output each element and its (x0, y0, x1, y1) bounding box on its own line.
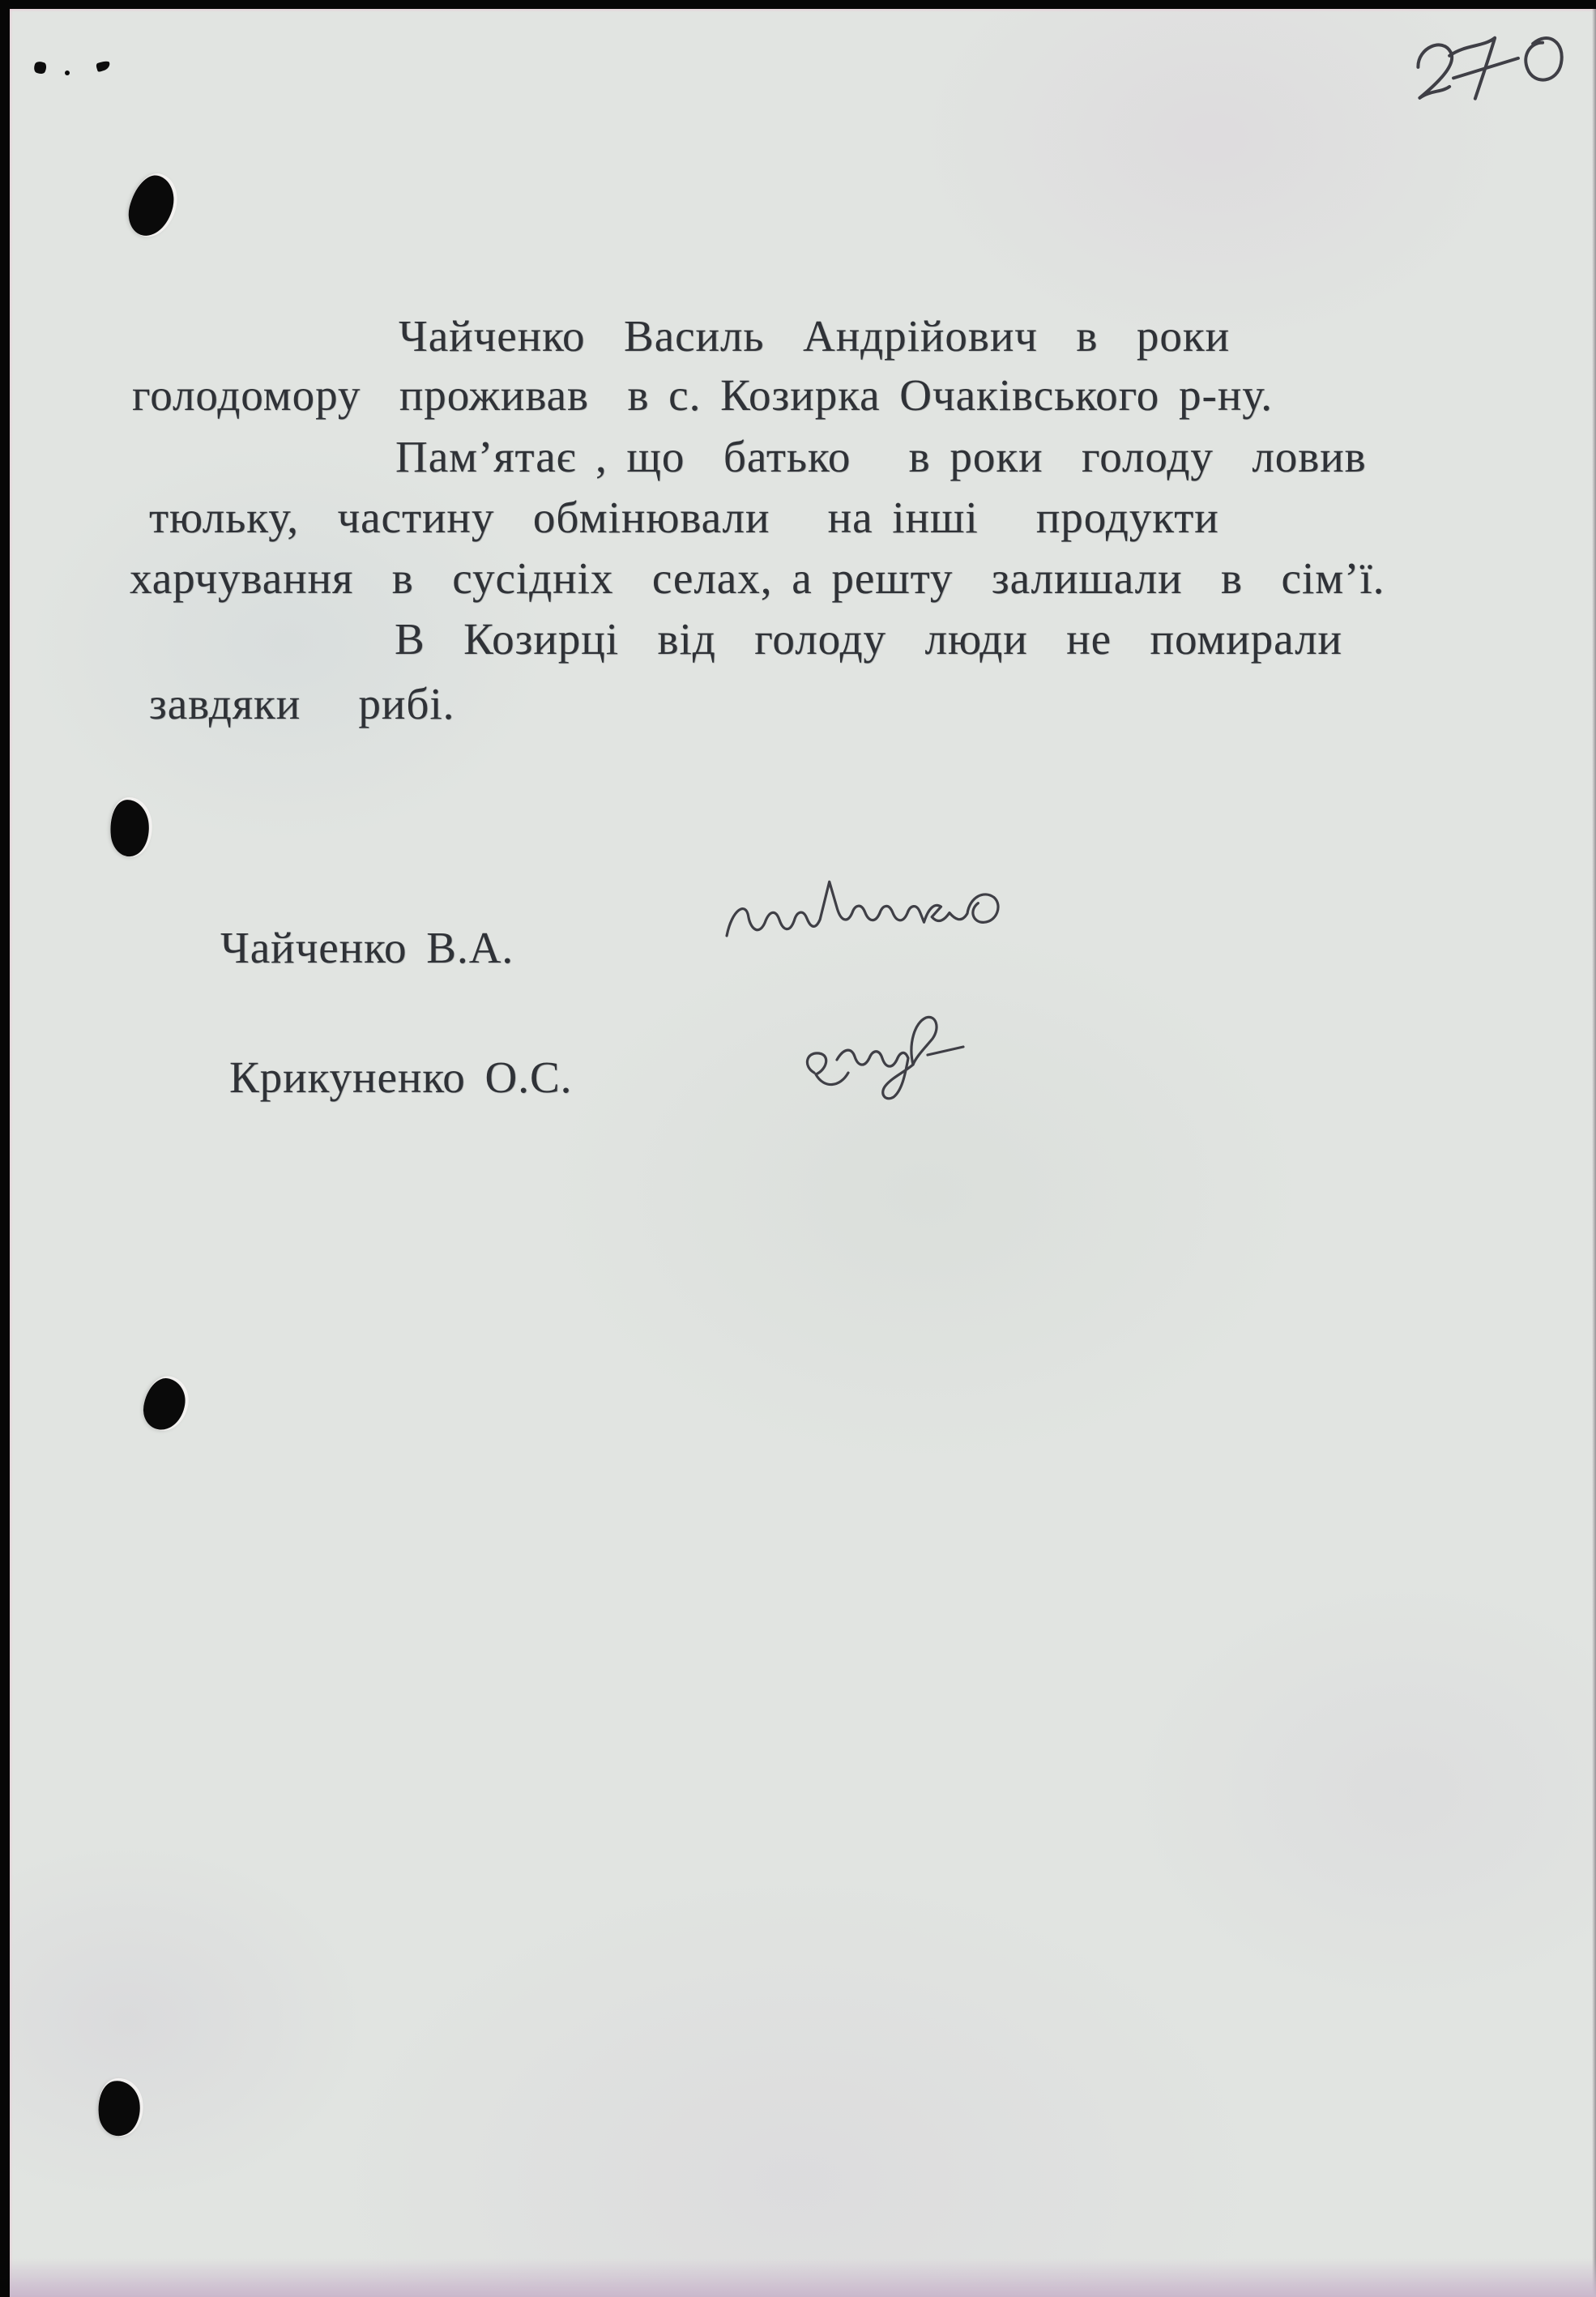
typed-line-6: В Козирці від голоду люди не помирали (395, 615, 1342, 664)
signature-scrawl-icon (709, 857, 1022, 975)
scan-edge-right (1592, 0, 1596, 2297)
signature-chaychenko: Чайченко (709, 857, 1022, 975)
scanned-document-page: 270 Чайченко Василь Андрійович в роки го… (0, 0, 1596, 2297)
handwritten-270-icon (1372, 5, 1571, 117)
ink-speck (65, 70, 70, 75)
typed-line-7: завдяки рибі. (149, 680, 454, 729)
typed-line-2: голодомору проживав в с. Козирка Очаківс… (132, 371, 1273, 421)
ink-speck (96, 60, 112, 73)
typed-line-5: харчування в сусідніх селах, а решту зал… (130, 554, 1385, 604)
ink-speck (32, 60, 48, 75)
signature-scrawl-icon (790, 1005, 992, 1118)
scan-fringe-left (10, 0, 13, 2297)
hole-punch-icon (124, 171, 180, 241)
signature-krykunenko: Крикуненко (790, 1005, 992, 1118)
scan-fringe-top (0, 9, 1596, 12)
signoff-name-chaychenko: Чайченко В.А. (220, 924, 514, 973)
hole-punch-icon (140, 1375, 188, 1432)
page-number-handwritten: 270 (1372, 5, 1571, 117)
signoff-name-krykunenko: Крикуненко О.С. (229, 1053, 572, 1103)
hole-punch-icon (107, 798, 151, 859)
typed-line-4: тюльку, частину обмінювали на інші проду… (149, 493, 1219, 543)
hole-punch-icon (95, 2078, 144, 2139)
typed-line-1: Чайченко Василь Андрійович в роки (399, 312, 1230, 361)
scan-edge-left (0, 0, 10, 2297)
scan-edge-top (0, 0, 1596, 9)
scan-edge-bottom (0, 2258, 1596, 2297)
typed-line-3: Пам’ятає , що батько в роки голоду ловив (395, 433, 1367, 482)
